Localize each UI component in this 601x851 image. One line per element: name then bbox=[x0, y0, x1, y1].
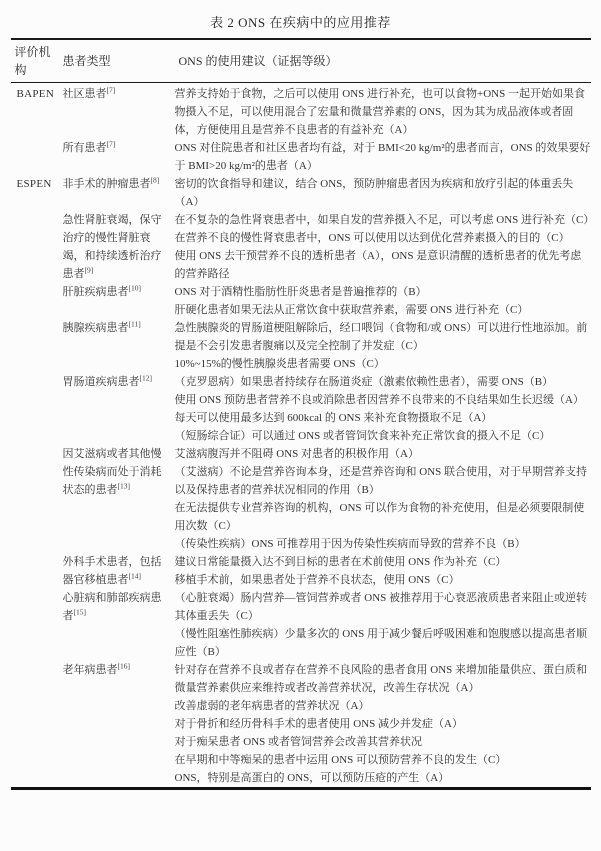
patient-type-label: 急性肾脏衰竭，保守治疗的慢性肾脏衰竭，和持续透析治疗患者 bbox=[63, 214, 162, 280]
reference-marker: [7] bbox=[107, 139, 116, 148]
recommendation-text: 在无法提供专业营养咨询的机构，ONS 可以作为食物的补充使用，但是必须要限制使用… bbox=[175, 499, 591, 535]
reference-marker: [14] bbox=[129, 571, 142, 580]
recommendation-text: （慢性阻塞性肺疾病）少量多次的 ONS 用于减少餐后呼吸困难和饱腹感以提高患者顺… bbox=[175, 625, 591, 661]
reference-marker: [12] bbox=[140, 373, 153, 382]
recommendation-text: （艾滋病）不论是营养咨询本身，还是营养咨询和 ONS 联合使用，对于早期营养支持… bbox=[175, 463, 591, 499]
recommendation-cell: 在不复杂的急性肾衰患者中，如果自发的营养摄入不足，可以考虑 ONS 进行补充（C… bbox=[175, 211, 591, 283]
recommendation-text: 在早期和中等痴呆的患者中运用 ONS 可以预防营养不良的发生（C） bbox=[175, 751, 591, 769]
recommendation-cell: 密切的饮食指导和建议，结合 ONS，预防肿瘤患者因为疾病和放疗引起的体重丢失（A… bbox=[175, 175, 591, 211]
patient-type-cell: 因艾滋病或者其他慢性传染病而处于消耗状态的患者[13] bbox=[59, 445, 175, 553]
recommendation-text: 艾滋病腹泻并不阻碍 ONS 对患者的积极作用（A） bbox=[175, 445, 591, 463]
table-row: 急性肾脏衰竭，保守治疗的慢性肾脏衰竭，和持续透析治疗患者[9]在不复杂的急性肾衰… bbox=[11, 211, 591, 283]
recommendation-cell: 艾滋病腹泻并不阻碍 ONS 对患者的积极作用（A）（艾滋病）不论是营养咨询本身，… bbox=[175, 445, 591, 553]
reference-marker: [15] bbox=[74, 607, 87, 616]
recommendation-text: （短肠综合证）可以通过 ONS 或者管饲饮食来补充正常饮食的摄入不足（C） bbox=[175, 427, 591, 445]
recommendation-text: 在不复杂的急性肾衰患者中，如果自发的营养摄入不足，可以考虑 ONS 进行补充（C… bbox=[175, 211, 591, 229]
patient-type-label: 胰腺疾病患者 bbox=[63, 322, 129, 334]
patient-type-cell: 肝脏疾病患者[10] bbox=[59, 283, 175, 319]
recommendation-cell: 营养支持始于食物，之后可以使用 ONS 进行补充，也可以食物+ONS 一起开始如… bbox=[175, 83, 591, 140]
patient-type-cell: 胃肠道疾病患者[12] bbox=[59, 373, 175, 445]
agency-cell bbox=[11, 283, 59, 319]
agency-cell bbox=[11, 319, 59, 373]
table-row: ESPEN非手术的肿瘤患者[8]密切的饮食指导和建议，结合 ONS，预防肿瘤患者… bbox=[11, 175, 591, 211]
recommendation-text: 密切的饮食指导和建议，结合 ONS，预防肿瘤患者因为疾病和放疗引起的体重丢失（A… bbox=[175, 175, 591, 211]
agency-cell bbox=[11, 661, 59, 789]
table-row: BAPEN社区患者[7]营养支持始于食物，之后可以使用 ONS 进行补充，也可以… bbox=[11, 83, 591, 140]
recommendation-cell: （心脏衰竭）肠内营养—管饲营养或者 ONS 被推荐用于心衰恶液质患者来阻止或逆转… bbox=[175, 589, 591, 661]
col-header-agency: 评价机构 bbox=[11, 39, 59, 83]
patient-type-cell: 急性肾脏衰竭，保守治疗的慢性肾脏衰竭，和持续透析治疗患者[9] bbox=[59, 211, 175, 283]
table-row: 胰腺疾病患者[11]急性胰腺炎的胃肠道梗阻解除后，经口喂饲（食物和/或 ONS）… bbox=[11, 319, 591, 373]
recommendation-cell: ONS 对于酒精性脂肪性肝炎患者是普遍推荐的（B）肝硬化患者如果无法从正常饮食中… bbox=[175, 283, 591, 319]
reference-marker: [10] bbox=[129, 283, 142, 292]
recommendation-text: ONS，特别是高蛋白的 ONS，可以预防压疮的产生（A） bbox=[175, 769, 591, 787]
recommendation-text: 改善虚弱的老年病患者的营养状况（A） bbox=[175, 697, 591, 715]
recommendation-text: 使用 ONS 预防患者营养不良或消除患者因营养不良带来的不良结果如生长迟缓（A） bbox=[175, 391, 591, 409]
table-row: 所有患者[7]ONS 对住院患者和社区患者均有益，对于 BMI<20 kg/m²… bbox=[11, 139, 591, 175]
recommendation-text: 对于骨折和经历骨科手术的患者使用 ONS 减少并发症（A） bbox=[175, 715, 591, 733]
agency-cell bbox=[11, 553, 59, 589]
document-page: 表 2 ONS 在疾病中的应用推荐 评价机构 患者类型 ONS 的使用建议（证据… bbox=[0, 0, 601, 851]
patient-type-cell: 胰腺疾病患者[11] bbox=[59, 319, 175, 373]
patient-type-cell: 社区患者[7] bbox=[59, 83, 175, 140]
table-row: 老年病患者[16]针对存在营养不良或者存在营养不良风险的患者食用 ONS 来增加… bbox=[11, 661, 591, 789]
recommendation-text: ONS 对于酒精性脂肪性肝炎患者是普遍推荐的（B） bbox=[175, 283, 591, 301]
agency-cell bbox=[11, 373, 59, 445]
reference-marker: [11] bbox=[129, 319, 141, 328]
recommendation-text: （克罗恩病）如果患者持续存在肠道炎症（激素依赖性患者），需要 ONS（B） bbox=[175, 373, 591, 391]
agency-cell bbox=[11, 589, 59, 661]
table-row: 心脏病和肺部疾病患者[15]（心脏衰竭）肠内营养—管饲营养或者 ONS 被推荐用… bbox=[11, 589, 591, 661]
patient-type-label: 肝脏疾病患者 bbox=[63, 286, 129, 298]
table-row: 胃肠道疾病患者[12]（克罗恩病）如果患者持续存在肠道炎症（激素依赖性患者），需… bbox=[11, 373, 591, 445]
recommendation-text: 使用 ONS 去干预营养不良的透析患者（A），ONS 是意识清醒的透析患者的优先… bbox=[175, 247, 591, 283]
col-header-recommendation: ONS 的使用建议（证据等级） bbox=[175, 39, 591, 83]
recommendation-text: ONS 对住院患者和社区患者均有益，对于 BMI<20 kg/m²的患者而言，O… bbox=[175, 139, 591, 175]
reference-marker: [16] bbox=[118, 661, 131, 670]
table-row: 因艾滋病或者其他慢性传染病而处于消耗状态的患者[13]艾滋病腹泻并不阻碍 ONS… bbox=[11, 445, 591, 553]
patient-type-label: 老年病患者 bbox=[63, 664, 118, 676]
table-row: 外科手术患者，包括器官移植患者[14]建议日常能量摄入达不到目标的患者在术前使用… bbox=[11, 553, 591, 589]
ons-recommendation-table: 评价机构 患者类型 ONS 的使用建议（证据等级） BAPEN社区患者[7]营养… bbox=[11, 38, 591, 790]
recommendation-text: 移植手术前，如果患者处于营养不良状态，使用 ONS（C） bbox=[175, 571, 591, 589]
recommendation-text: 营养支持始于食物，之后可以使用 ONS 进行补充，也可以食物+ONS 一起开始如… bbox=[175, 85, 591, 139]
table-header-row: 评价机构 患者类型 ONS 的使用建议（证据等级） bbox=[11, 39, 591, 83]
patient-type-cell: 所有患者[7] bbox=[59, 139, 175, 175]
col-header-patient-type: 患者类型 bbox=[59, 39, 175, 83]
recommendation-text: 建议日常能量摄入达不到目标的患者在术前使用 ONS 作为补充（C） bbox=[175, 553, 591, 571]
recommendation-text: 急性胰腺炎的胃肠道梗阻解除后，经口喂饲（食物和/或 ONS）可以进行性地添加。前… bbox=[175, 319, 591, 355]
patient-type-cell: 外科手术患者，包括器官移植患者[14] bbox=[59, 553, 175, 589]
patient-type-cell: 非手术的肿瘤患者[8] bbox=[59, 175, 175, 211]
recommendation-text: 针对存在营养不良或者存在营养不良风险的患者食用 ONS 来增加能量供应、蛋白质和… bbox=[175, 661, 591, 697]
reference-marker: [8] bbox=[151, 175, 160, 184]
recommendation-text: 在营养不良的慢性肾衰患者中，ONS 可以使用以达到优化营养素摄入的目的（C） bbox=[175, 229, 591, 247]
patient-type-label: 所有患者 bbox=[63, 142, 107, 154]
recommendation-text: （传染性疾病）ONS 可推荐用于因为传染性疾病而导致的营养不良（B） bbox=[175, 535, 591, 553]
patient-type-label: 社区患者 bbox=[63, 88, 107, 100]
patient-type-label: 胃肠道疾病患者 bbox=[63, 376, 140, 388]
patient-type-label: 因艾滋病或者其他慢性传染病而处于消耗状态的患者 bbox=[63, 448, 162, 496]
recommendation-text: 每天可以使用最多达到 600kcal 的 ONS 来补充食物摄取不足（A） bbox=[175, 409, 591, 427]
patient-type-label: 外科手术患者，包括器官移植患者 bbox=[63, 556, 162, 586]
patient-type-cell: 老年病患者[16] bbox=[59, 661, 175, 789]
table-row: 肝脏疾病患者[10]ONS 对于酒精性脂肪性肝炎患者是普遍推荐的（B）肝硬化患者… bbox=[11, 283, 591, 319]
agency-cell bbox=[11, 445, 59, 553]
reference-marker: [9] bbox=[85, 265, 94, 274]
reference-marker: [13] bbox=[118, 481, 131, 490]
agency-cell bbox=[11, 211, 59, 283]
recommendation-cell: （克罗恩病）如果患者持续存在肠道炎症（激素依赖性患者），需要 ONS（B）使用 … bbox=[175, 373, 591, 445]
table-title: 表 2 ONS 在疾病中的应用推荐 bbox=[0, 13, 601, 33]
agency-cell bbox=[11, 139, 59, 175]
agency-cell: ESPEN bbox=[11, 175, 59, 211]
reference-marker: [7] bbox=[107, 85, 116, 94]
recommendation-cell: 针对存在营养不良或者存在营养不良风险的患者食用 ONS 来增加能量供应、蛋白质和… bbox=[175, 661, 591, 789]
recommendation-cell: 建议日常能量摄入达不到目标的患者在术前使用 ONS 作为补充（C）移植手术前，如… bbox=[175, 553, 591, 589]
recommendation-text: （心脏衰竭）肠内营养—管饲营养或者 ONS 被推荐用于心衰恶液质患者来阻止或逆转… bbox=[175, 589, 591, 625]
recommendation-text: 对于痴呆患者 ONS 或者管饲营养会改善其营养状况 bbox=[175, 733, 591, 751]
recommendation-cell: 急性胰腺炎的胃肠道梗阻解除后，经口喂饲（食物和/或 ONS）可以进行性地添加。前… bbox=[175, 319, 591, 373]
agency-cell: BAPEN bbox=[11, 83, 59, 140]
recommendation-text: 10%~15%的慢性胰腺炎患者需要 ONS（C） bbox=[175, 355, 591, 373]
patient-type-label: 非手术的肿瘤患者 bbox=[63, 178, 151, 190]
recommendation-cell: ONS 对住院患者和社区患者均有益，对于 BMI<20 kg/m²的患者而言，O… bbox=[175, 139, 591, 175]
patient-type-cell: 心脏病和肺部疾病患者[15] bbox=[59, 589, 175, 661]
recommendation-text: 肝硬化患者如果无法从正常饮食中获取营养素，需要 ONS 进行补充（C） bbox=[175, 301, 591, 319]
